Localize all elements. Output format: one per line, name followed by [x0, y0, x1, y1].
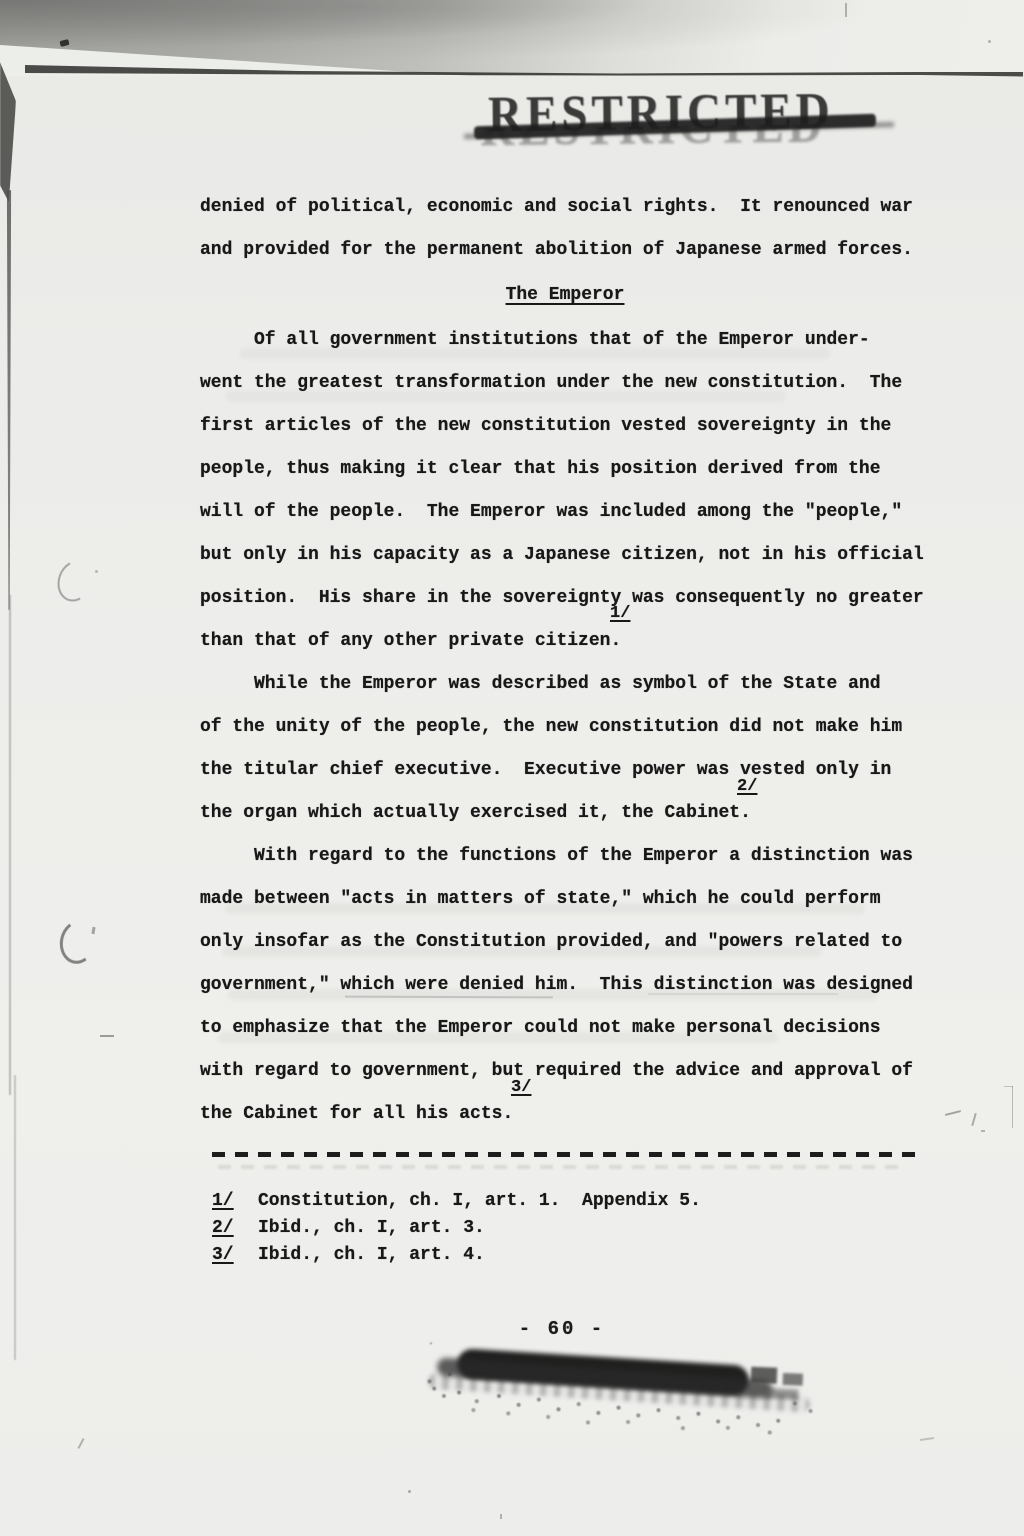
text-line: went the greatest transformation under t… [200, 362, 930, 405]
left-edge-shadow-taper [6, 190, 12, 610]
text-line: position. His share in the sovereignty w… [200, 577, 930, 620]
footnote-ref: 1/ [212, 1188, 258, 1215]
scan-speck [500, 1514, 502, 1519]
scan-speck [1012, 1086, 1013, 1128]
left-edge-line [9, 595, 11, 1095]
footnote-row: 1/ Constitution, ch. I, art. 1. Appendix… [212, 1188, 932, 1215]
scan-speck [920, 1437, 934, 1441]
text-line: government," which were denied him. This… [200, 964, 930, 1007]
footnote-row: 2/ Ibid., ch. I, art. 3. [212, 1215, 932, 1242]
scan-speck [845, 3, 847, 17]
scan-speck [981, 1130, 985, 1132]
text-line: With regard to the functions of the Empe… [200, 835, 930, 878]
text-line: than that of any other private citizen. [200, 620, 930, 663]
footnote-text: Ibid., ch. I, art. 4. [258, 1242, 485, 1269]
left-edge-line-faint [14, 1075, 16, 1360]
body-lines: Of all government institutions that of t… [200, 319, 930, 1136]
scan-speck [971, 1113, 977, 1126]
document-body: denied of political, economic and social… [200, 186, 930, 1136]
text-line: While the Emperor was described as symbo… [200, 663, 930, 706]
text-line: to emphasize that the Emperor could not … [200, 1007, 930, 1050]
footnotes: 1/ Constitution, ch. I, art. 1. Appendix… [212, 1188, 932, 1269]
footnote-marker-3: 3/ [511, 1078, 531, 1097]
scan-speck [945, 1110, 961, 1116]
scan-speck [1004, 1086, 1013, 1087]
text-line: will of the people. The Emperor was incl… [200, 491, 930, 534]
text-line: made between "acts in matters of state,"… [200, 878, 930, 921]
intro-lines: denied of political, economic and social… [200, 186, 930, 272]
footnote-text: Ibid., ch. I, art. 3. [258, 1215, 485, 1242]
page-number: - 60 - [200, 1318, 924, 1340]
footnote-marker-2: 2/ [737, 777, 757, 796]
page-top-edge [0, 60, 1024, 84]
scan-speck [100, 1035, 114, 1037]
heading-line: The Emperor [200, 274, 930, 317]
footnote-text: Constitution, ch. I, art. 1. Appendix 5. [258, 1188, 701, 1215]
section-heading: The Emperor [506, 285, 625, 305]
footnote-ref: 2/ [212, 1215, 258, 1242]
obliterated-stamp [426, 1342, 829, 1452]
ink-fragment [751, 1367, 778, 1384]
margin-pencil-mark [52, 555, 98, 606]
footnote-marker-1: 1/ [610, 604, 630, 623]
text-line: people, thus making it clear that his po… [200, 448, 930, 491]
text-line: first articles of the new constitution v… [200, 405, 930, 448]
footnote-row: 3/ Ibid., ch. I, art. 4. [212, 1242, 932, 1269]
ink-speckles [430, 1342, 432, 1344]
text-line: only insofar as the Constitution provide… [200, 921, 930, 964]
scan-speck [95, 570, 98, 573]
scan-speck [408, 1490, 411, 1493]
text-line: denied of political, economic and social… [200, 186, 930, 229]
text-line: but only in his capacity as a Japanese c… [200, 534, 930, 577]
text-line: the titular chief executive. Executive p… [200, 749, 930, 792]
footnote-separator [212, 1152, 918, 1157]
footnote-separator-ghost [218, 1165, 908, 1169]
restricted-stamp: RESTRICTED RESTRICTED [480, 84, 880, 164]
footnote-ref: 3/ [212, 1242, 258, 1269]
scan-speck [988, 40, 991, 43]
text-line: of the unity of the people, the new cons… [200, 706, 930, 749]
margin-pencil-mark [56, 917, 100, 968]
text-line: with regard to government, but required … [200, 1050, 930, 1093]
text-line: the Cabinet for all his acts. [200, 1093, 930, 1136]
text-line: and provided for the permanent abolition… [200, 229, 930, 272]
text-line: the organ which actually exercised it, t… [200, 792, 930, 835]
scan-speck [78, 1438, 85, 1449]
text-line: Of all government institutions that of t… [200, 319, 930, 362]
scanned-document-page: RESTRICTED RESTRICTED denied of politica… [0, 0, 1024, 1536]
ink-fragment [783, 1373, 803, 1386]
